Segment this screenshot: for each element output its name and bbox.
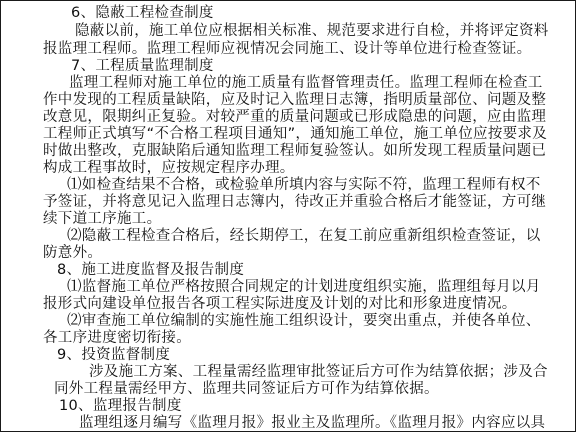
- text-line: 监理组逐月编写《监理月报》报业主及监理所。《监理月报》内容应以具: [79, 413, 545, 432]
- text-line: 6、隐蔽工程检查制度: [71, 3, 214, 23]
- document-page: 6、隐蔽工程检查制度隐蔽以前，施工单位应根据相关标准、规范要求进行自检，并将评定…: [0, 0, 576, 432]
- text-line: 隐蔽以前，施工单位应根据相关标准、规范要求进行自检，并将评定资料: [75, 21, 549, 41]
- text-line: ⑵隐蔽工程检查合格后，经长期停工，在复工前应重新组织检查签证，以: [67, 226, 541, 246]
